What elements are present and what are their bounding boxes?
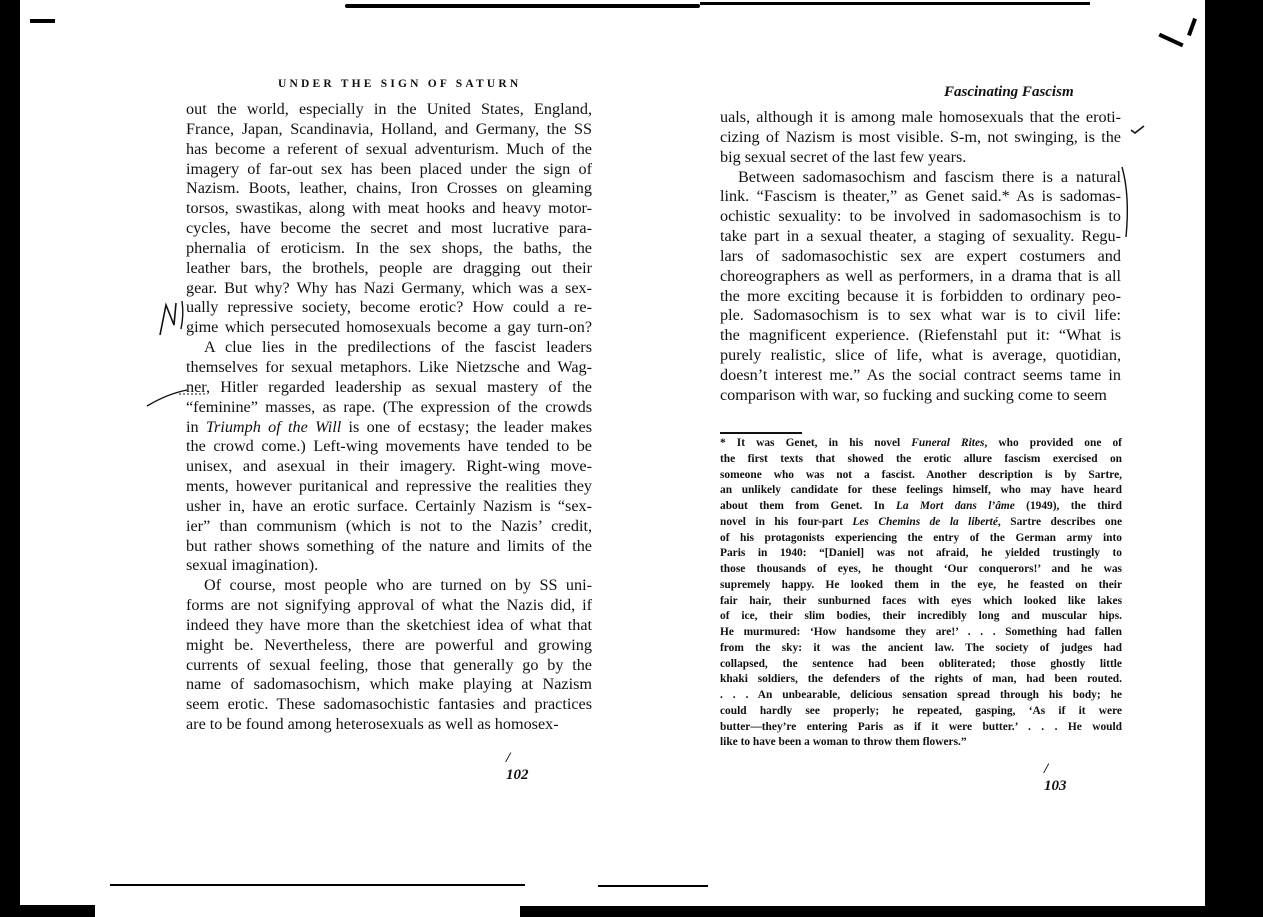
scan-top-streak xyxy=(345,4,700,8)
left-page-body: out the world, especially in the United … xyxy=(186,100,592,735)
text-line: sexual imagination). xyxy=(186,556,592,576)
footnote: * It was Genet, in his novel Funeral Rit… xyxy=(720,436,1122,751)
scan-border-left xyxy=(0,0,20,917)
text-line: the magnificent experience. (Riefenstahl… xyxy=(720,326,1121,346)
text-line: currents of sexual feeling, those that g… xyxy=(186,656,592,676)
text-line: ner, Hitler regarded leadership as sexua… xyxy=(186,378,592,398)
text-line: unisex, and asexual in their imagery. Ri… xyxy=(186,457,592,477)
scan-border-bottom-right xyxy=(520,906,1210,917)
text-line: gear. But why? Why has Nazi Germany, whi… xyxy=(186,279,592,299)
text-line: take part in a sexual theater, a staging… xyxy=(720,227,1121,247)
italic-title: Funeral Rites xyxy=(911,437,984,449)
footnote-line: collapsed, the sentence had been obliter… xyxy=(720,657,1122,673)
text-line: usher in, have an erotic surface. Certai… xyxy=(186,497,592,517)
text-line: “feminine” masses, as rape. (The express… xyxy=(186,398,592,418)
footnote-line: . . . An unbearable, delicious sensation… xyxy=(720,688,1122,704)
text-line: choreographers as well as performers, in… xyxy=(720,267,1121,287)
text-line: uals, although it is among male homosexu… xyxy=(720,108,1121,128)
text-line: themselves for sexual metaphors. Like Ni… xyxy=(186,358,592,378)
text-line: ochistic sexuality: to be involved in sa… xyxy=(720,207,1121,227)
scan-top-streak-right xyxy=(700,2,1090,5)
right-page-body: uals, although it is among male homosexu… xyxy=(720,108,1121,406)
text-line: has become a referent of sexual adventur… xyxy=(186,140,592,160)
margin-handwriting-icon xyxy=(150,295,190,345)
text-line: torsos, swastikas, along with meat hooks… xyxy=(186,199,592,219)
text-line: link. “Fascism is theater,” as Genet sai… xyxy=(720,187,1121,207)
footnote-line: someone who was not a fascist. Another d… xyxy=(720,468,1122,484)
footnote-line: novel in his four-part Les Chemins de la… xyxy=(720,515,1122,531)
text-line: cizing of Nazism is most visible. S-m, n… xyxy=(720,128,1121,148)
text-line: comparison with war, so fucking and suck… xyxy=(720,386,1121,406)
text-line: forms are not signifying approval of wha… xyxy=(186,596,592,616)
scan-mark-topright xyxy=(1158,33,1183,48)
footnote-line: Paris in 1940: “[Daniel] was not afraid,… xyxy=(720,546,1122,562)
footnote-line: of ice, their slim bodies, their incredi… xyxy=(720,609,1122,625)
footnote-line: of his protagonists experiencing the ent… xyxy=(720,531,1122,547)
footnote-line: could hardly see properly; he repeated, … xyxy=(720,704,1122,720)
footnote-line: khaki soldiers, the defenders of the rig… xyxy=(720,672,1122,688)
footnote-line: about them from Genet. In La Mort dans l… xyxy=(720,499,1122,515)
text-line: leather bars, the brothels, people are d… xyxy=(186,259,592,279)
text-line: gime which persecuted homosexuals become… xyxy=(186,318,592,338)
italic-title: Les Chemins de la liberté xyxy=(852,516,998,528)
text-line: indeed they have more than the sketchies… xyxy=(186,616,592,636)
scan-mark-topright-2 xyxy=(1187,18,1197,36)
text-line: the more exciting because it is forbidde… xyxy=(720,287,1121,307)
text-line: out the world, especially in the United … xyxy=(186,100,592,120)
scan-border-right xyxy=(1205,0,1263,917)
scan-border-bottom-left xyxy=(20,905,95,917)
scan-mark-topleft xyxy=(30,19,55,23)
running-head-right: Fascinating Fascism xyxy=(944,84,1104,101)
text-line: Between sadomasochism and fascism there … xyxy=(720,168,1121,188)
footnote-line: like to have been a woman to throw them … xyxy=(720,735,1122,751)
text-line: ple. Sadomasochism is to sex what war is… xyxy=(720,306,1121,326)
text-line: purely realistic, slice of life, what is… xyxy=(720,346,1121,366)
margin-bracket-icon xyxy=(1118,165,1134,245)
footnote-line: the first texts that showed the erotic a… xyxy=(720,452,1122,468)
footnote-line: He murmured: ‘How handsome they are!’ . … xyxy=(720,625,1122,641)
text-line: ually repressive society, become erotic?… xyxy=(186,298,592,318)
footnote-line: butter—they’re entering Paris as if it w… xyxy=(720,720,1122,736)
text-line: ments, however puritanical and repressiv… xyxy=(186,477,592,497)
scan-bottom-streak-2 xyxy=(598,885,708,887)
text-line: imagery of far-out sex has been placed u… xyxy=(186,160,592,180)
running-head-left: UNDER THE SIGN OF SATURN xyxy=(278,78,558,90)
page-number-right: / 103 xyxy=(1044,761,1067,795)
text-line: big sexual secret of the last few years. xyxy=(720,148,1121,168)
page-number-left: / 102 xyxy=(506,750,529,784)
text-line: in Triumph of the Will is one of ecstasy… xyxy=(186,418,592,438)
text-line: phernalia of eroticism. In the sex shops… xyxy=(186,239,592,259)
text-line: Of course, most people who are turned on… xyxy=(186,576,592,596)
text-line: cycles, have become the secret and most … xyxy=(186,219,592,239)
text-line: Nazism. Boots, leather, chains, Iron Cro… xyxy=(186,179,592,199)
scan-bottom-streak xyxy=(110,884,525,886)
text-line: name of sadomasochism, which make playin… xyxy=(186,675,592,695)
text-line: A clue lies in the predilections of the … xyxy=(186,338,592,358)
text-line: might be. Nevertheless, there are powerf… xyxy=(186,636,592,656)
text-line: France, Japan, Scandinavia, Holland, and… xyxy=(186,120,592,140)
text-line: doesn’t interest me.” As the social cont… xyxy=(720,366,1121,386)
italic-title: Triumph of the Will xyxy=(206,418,341,436)
margin-checkmark-icon xyxy=(1128,118,1148,138)
footnote-line: * It was Genet, in his novel Funeral Rit… xyxy=(720,436,1122,452)
text-line: lars of sadomasochistic sex are expert c… xyxy=(720,247,1121,267)
footnote-line: fair hair, their sunburned faces with ey… xyxy=(720,594,1122,610)
text-line: ier” than communism (which is not to the… xyxy=(186,517,592,537)
footnote-line: from the sky: it was the ancient law. Th… xyxy=(720,641,1122,657)
text-line: are to be found among heterosexuals as w… xyxy=(186,715,592,735)
text-underline-mark xyxy=(179,390,209,396)
italic-title: La Mort dans l’âme xyxy=(896,500,1015,512)
footnote-rule xyxy=(720,432,802,434)
footnote-line: those thousands of eyes, he thought ‘Our… xyxy=(720,562,1122,578)
text-line: seem erotic. These sadomasochistic fanta… xyxy=(186,695,592,715)
footnote-line: an unlikely candidate for these feelings… xyxy=(720,483,1122,499)
footnote-line: supremely happy. He looked them in the e… xyxy=(720,578,1122,594)
text-line: the crowd come.) Left-wing movements hav… xyxy=(186,437,592,457)
text-line: but rather shows something of the nature… xyxy=(186,537,592,557)
